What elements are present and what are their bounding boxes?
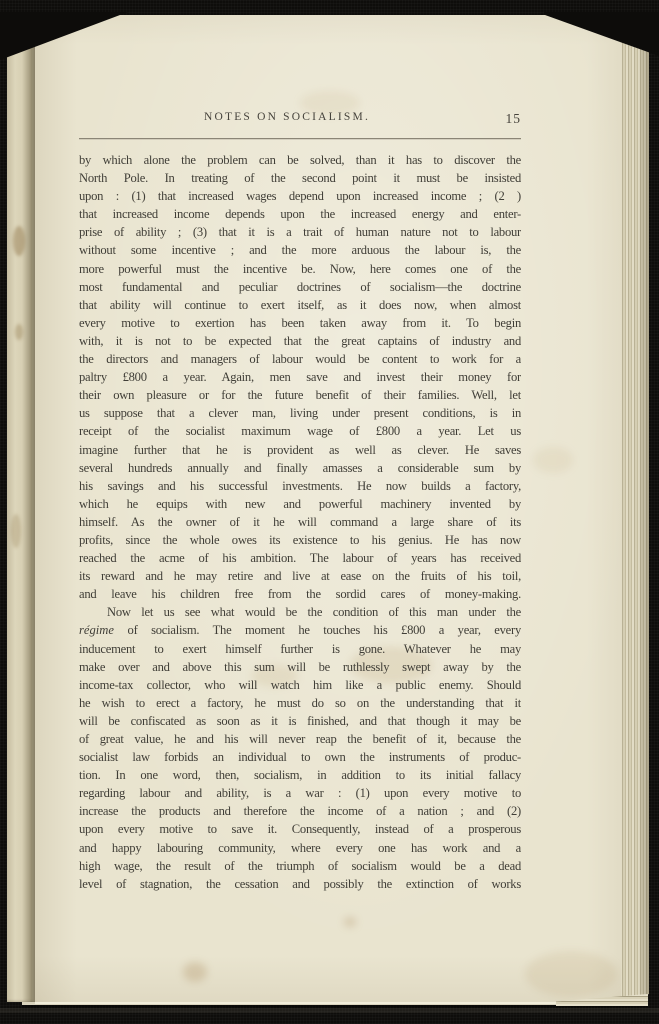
text-line: increase the products and therefore the … — [79, 802, 521, 820]
text-line: régime of socialism. The moment he touch… — [79, 621, 521, 639]
text-line: North Pole. In treating of the second po… — [79, 169, 521, 187]
text-line: will be confiscated as soon as it is fin… — [79, 712, 521, 730]
text-line: tion. In one word, then, socialism, in a… — [79, 766, 521, 784]
left-page-edges — [7, 44, 36, 1002]
right-page-edges — [620, 16, 649, 1004]
text-line: himself. As the owner of it he will comm… — [79, 513, 521, 531]
text-line: the directors and managers of labour wou… — [79, 350, 521, 368]
text-line: of great value, he and his will never re… — [79, 730, 521, 748]
text-line: level of stagnation, the cessation and p… — [79, 875, 521, 893]
text-line: more powerful must the incentive be. Now… — [79, 260, 521, 278]
text-line: without some incentive ; and the more ar… — [79, 241, 521, 259]
text-line: that increased income depends upon the i… — [79, 205, 521, 223]
text-line: which he equips with new and powerful ma… — [79, 495, 521, 513]
page-stain — [344, 917, 356, 927]
text-line: socialist law forbids an individual to o… — [79, 748, 521, 766]
text-line: imagine further that he is provident as … — [79, 441, 521, 459]
page-stain — [533, 447, 573, 473]
text-line: with, it is not to be expected that the … — [79, 332, 521, 350]
text-line: most fundamental and peculiar doctrines … — [79, 278, 521, 296]
text-line: and leave his children free from the sor… — [79, 585, 521, 603]
text-line: several hundreds annually and finally am… — [79, 459, 521, 477]
running-header: NOTES ON SOCIALISM. 15 — [79, 111, 521, 127]
text-line: us suppose that a clever man, living und… — [79, 404, 521, 422]
page-stain — [183, 962, 207, 982]
text-line: that ability will continue to exert itse… — [79, 296, 521, 314]
gutter-stain — [11, 514, 21, 548]
text-line: upon every motive to save it. Consequent… — [79, 820, 521, 838]
text-line: make over and above this sum will be rut… — [79, 658, 521, 676]
text-line: he wish to erect a factory, he must do s… — [79, 694, 521, 712]
text-line: by which alone the problem can be solved… — [79, 151, 521, 169]
text-line: his savings and his successful investmen… — [79, 477, 521, 495]
header-rule — [79, 138, 521, 139]
text-line: profits, since the whole owes its existe… — [79, 531, 521, 549]
page-number: 15 — [506, 111, 522, 127]
text-line: inducement to exert himself further is g… — [79, 640, 521, 658]
paragraph: by which alone the problem can be solved… — [79, 151, 521, 603]
text-line: its reward and he may retire and live at… — [79, 567, 521, 585]
text-line: income-tax collector, who will watch him… — [79, 676, 521, 694]
running-header-title: NOTES ON SOCIALISM. — [204, 111, 370, 123]
text-line: upon : (1) that increased wages depend u… — [79, 187, 521, 205]
text-line: every motive to exertion has been taken … — [79, 314, 521, 332]
text-line: prise of ability ; (3) that it is a trai… — [79, 223, 521, 241]
text-line: their own pleasure or for the future ben… — [79, 386, 521, 404]
gutter-stain — [15, 324, 23, 340]
text-line: Now let us see what would be the conditi… — [79, 603, 521, 621]
text-line: reached the acme of his ambition. The la… — [79, 549, 521, 567]
text-line: high wage, the result of the triumph of … — [79, 857, 521, 875]
text-line: receipt of the socialist maximum wage of… — [79, 422, 521, 440]
book-page: NOTES ON SOCIALISM. 15 by which alone th… — [35, 15, 621, 1004]
book-cover: NOTES ON SOCIALISM. 15 by which alone th… — [0, 0, 659, 1024]
text-line: paltry £800 a year. Again, men save and … — [79, 368, 521, 386]
text-line: and happy labouring community, where eve… — [79, 839, 521, 857]
gutter-stain — [13, 226, 25, 256]
page-stain — [525, 951, 617, 997]
page-text: by which alone the problem can be solved… — [79, 151, 521, 893]
cover-cloth-ridge — [0, 1008, 659, 1013]
text-line: regarding labour and ability, is a war :… — [79, 784, 521, 802]
paragraph: Now let us see what would be the conditi… — [79, 603, 521, 893]
